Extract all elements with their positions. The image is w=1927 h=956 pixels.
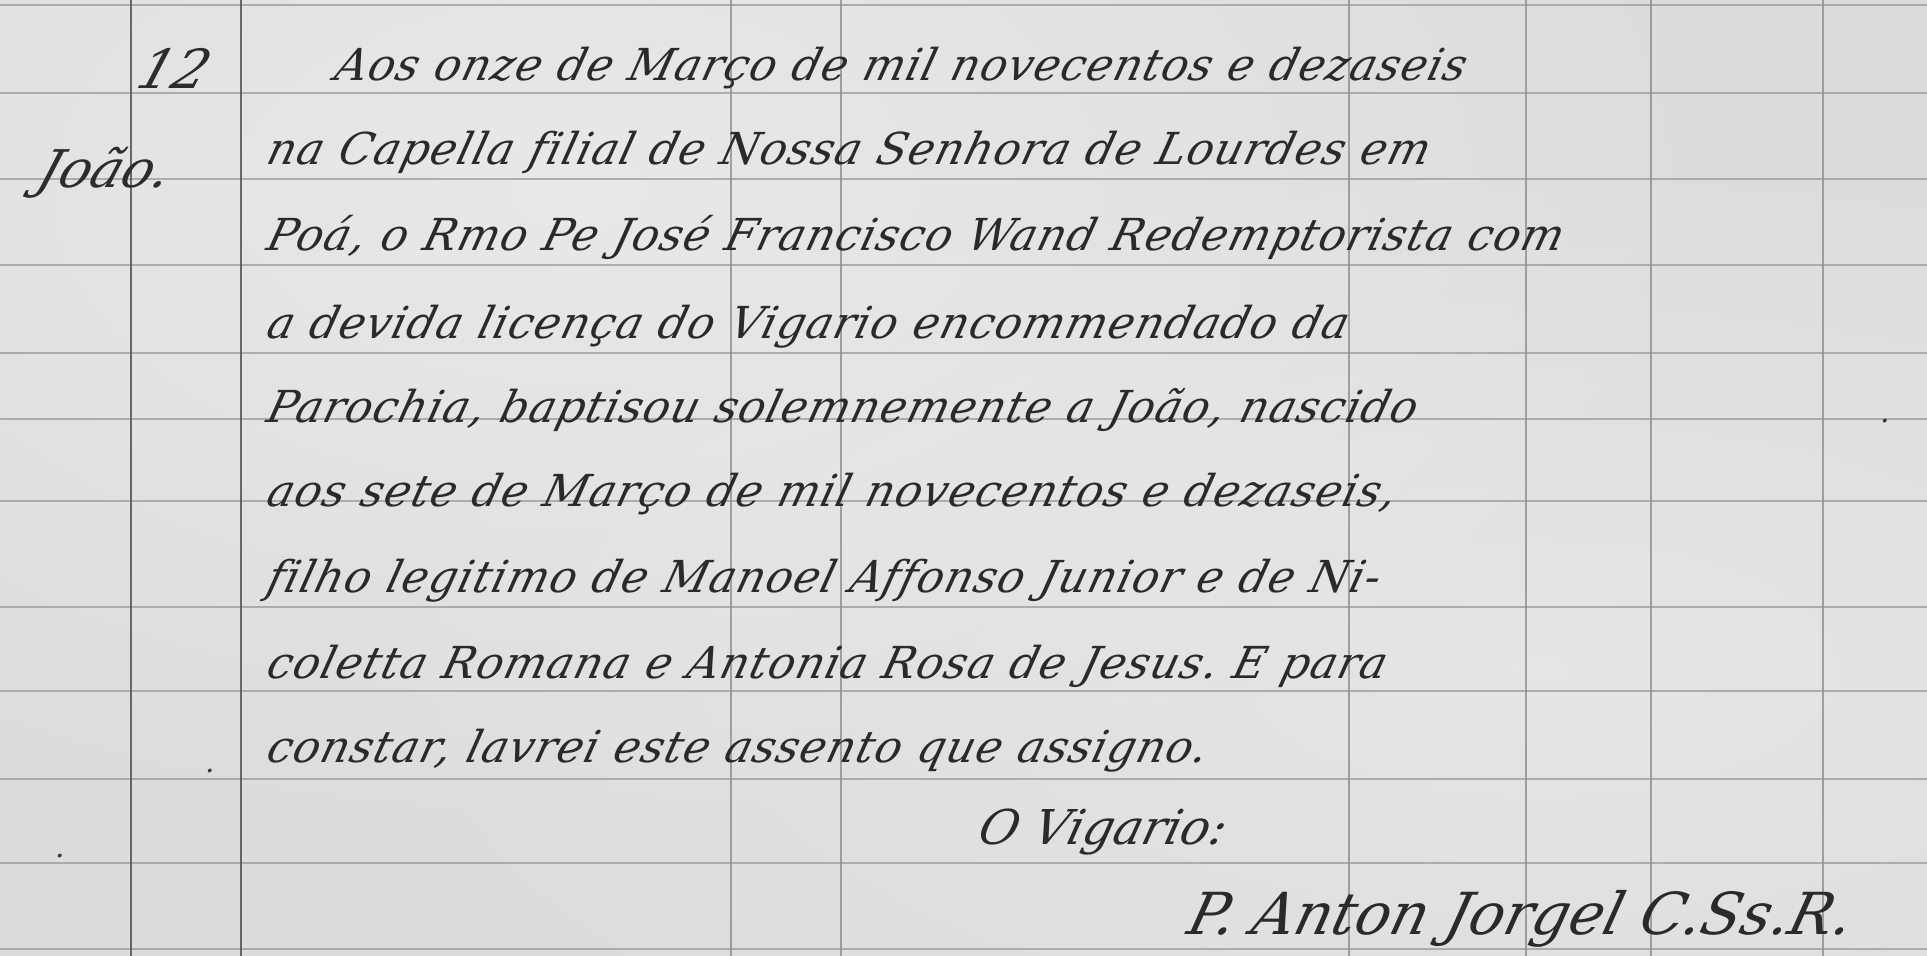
entry-line-8: coletta Romana e Antonia Rosa de Jesus. … — [262, 638, 1394, 689]
column-rule — [1650, 0, 1652, 956]
register-page: 12 João. Aos onze de Março de mil novece… — [0, 0, 1927, 956]
vicar-signature: P. Anton Jorgel C.Ss.R. — [1182, 880, 1861, 948]
ruled-line — [0, 690, 1927, 692]
entry-line-5: Parochia, baptisou solemnemente a João, … — [262, 382, 1425, 433]
stray-mark: . — [1880, 395, 1890, 430]
ruled-line — [0, 948, 1927, 950]
stray-mark: . — [55, 830, 65, 865]
ruled-line — [0, 264, 1927, 266]
stray-mark: . — [205, 745, 215, 780]
ruled-line — [0, 92, 1927, 94]
entry-line-4: a devida licença do Vigario encommendado… — [262, 298, 1356, 349]
margin-rule — [240, 0, 242, 956]
ruled-line — [0, 606, 1927, 608]
child-name-margin: João. — [30, 140, 180, 200]
entry-line-3: Poá, o Rmo Pe José Francisco Wand Redemp… — [262, 210, 1571, 261]
entry-line-6: aos sete de Março de mil novecentos e de… — [262, 466, 1403, 517]
ruled-line — [0, 778, 1927, 780]
column-rule — [1822, 0, 1824, 956]
ruled-line — [0, 4, 1927, 6]
entry-line-7: filho legitimo de Manoel Affonso Junior … — [262, 552, 1388, 603]
entry-line-1: Aos onze de Março de mil novecentos e de… — [330, 40, 1474, 91]
entry-line-2: na Capella filial de Nossa Senhora de Lo… — [262, 124, 1437, 175]
ruled-line — [0, 862, 1927, 864]
ruled-line — [0, 352, 1927, 354]
ruled-line — [0, 178, 1927, 180]
column-rule — [1525, 0, 1527, 956]
entry-line-9: constar, lavrei este assento que assigno… — [262, 722, 1215, 773]
vicar-title: O Vigario: — [973, 800, 1233, 856]
